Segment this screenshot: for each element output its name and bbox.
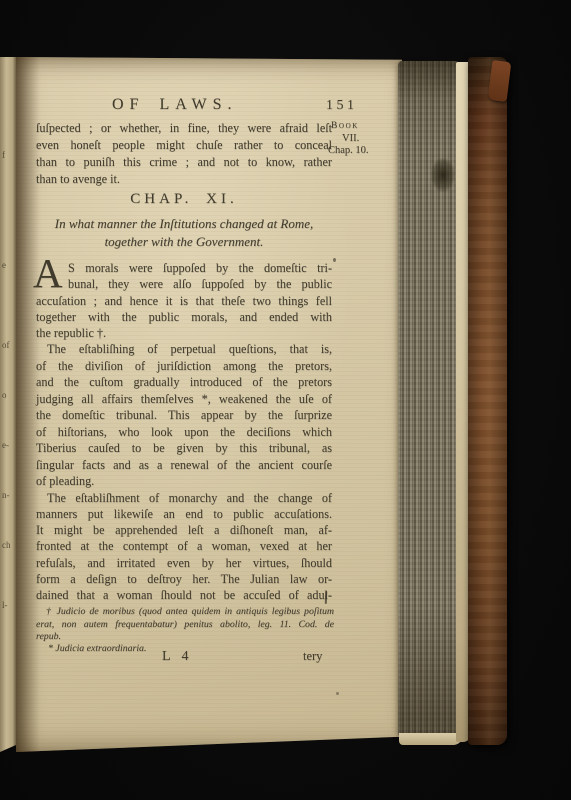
body-line: fronted at the contempt of a woman, vexe… xyxy=(36,539,332,553)
signature-mark: L 4 xyxy=(162,649,193,665)
body-line: The eſtabliſhing of perpetual queſtions,… xyxy=(36,342,332,356)
body-line: It might be apprehended leſt a diſhoneſt… xyxy=(36,523,332,537)
body-line: manners put likewiſe an end to public ac… xyxy=(36,507,332,521)
drop-cap: A xyxy=(33,257,63,289)
chapter-heading: CHAP. XI. xyxy=(36,191,332,208)
margin-note-book: Book xyxy=(331,121,359,131)
body-line: of the diviſion of juriſdiction among th… xyxy=(36,359,332,373)
edge-text-fragment: f xyxy=(2,150,5,160)
running-title: OF LAWS. xyxy=(112,96,238,114)
margin-note-chapter: Chap. 10. xyxy=(328,145,369,156)
body-line: refuſals, and irritated even by her virt… xyxy=(36,556,332,570)
body-line: S morals were ſuppoſed by the domeſtic t… xyxy=(68,261,332,275)
body-line: dained that a woman ſhould not be accuſe… xyxy=(36,588,332,602)
bottom-page-edges xyxy=(399,733,463,745)
leather-corner xyxy=(488,60,512,102)
body-line: ſuſpected ; or whether, in fine, they we… xyxy=(36,121,332,135)
facing-page-edge: f e of o e- n- ch l- xyxy=(0,57,16,752)
book-photograph: f e of o e- n- ch l- OF LAWS. 151 Book V… xyxy=(0,0,571,800)
body-line: bunal, they were alſo ſuppoſed by the pu… xyxy=(68,277,332,291)
body-line: the republic †. xyxy=(36,326,332,340)
edge-text-fragment: o xyxy=(2,390,7,400)
margin-note-volume: VII. xyxy=(342,133,359,144)
body-line: ſingular facts and as a renewal of the a… xyxy=(36,458,332,472)
body-line: judging all affairs themſelves *, weaken… xyxy=(36,392,332,406)
edge-text-fragment: l- xyxy=(2,600,8,610)
body-line: form a deſign to deſtroy her. The Julian… xyxy=(36,572,332,586)
edge-text-fragment: of xyxy=(2,340,10,350)
page-number: 151 xyxy=(326,98,358,114)
chapter-subtitle: In what manner the Inſtitutions changed … xyxy=(36,217,332,231)
edge-text-fragment: n- xyxy=(2,490,10,500)
body-line: accuſation ; and hence it is that theſe … xyxy=(36,294,332,308)
body-line: the domeſtic tribunal. This appear by th… xyxy=(36,408,332,422)
body-line: even honeſt people might chuſe rather to… xyxy=(36,138,332,152)
body-line: than to puniſh this crime ; and not to k… xyxy=(36,155,332,169)
body-line: and the cuſtom gradually introduced of t… xyxy=(36,375,332,389)
body-line: of hiſtorians, who look upon the deciſio… xyxy=(36,425,332,439)
page-speck xyxy=(336,692,339,695)
body-line: The eſtabliſhment of monarchy and the ch… xyxy=(36,491,332,505)
catchword: tery xyxy=(303,649,322,664)
fore-edge-stain xyxy=(431,158,455,192)
footnote-line: † Judicio de moribus (quod antea quidem … xyxy=(36,606,334,618)
body-line: of pleading. xyxy=(36,474,332,488)
body-line: together with the public morals, and end… xyxy=(36,310,332,324)
chapter-subtitle: together with the Government. xyxy=(36,235,332,249)
ink-speck xyxy=(333,258,336,262)
footnote-line: repub. xyxy=(36,631,334,643)
body-line: Tiberius cauſed to be given by this trib… xyxy=(36,441,332,455)
body-line: than to avenge it. xyxy=(36,172,332,186)
leather-cover xyxy=(468,57,507,745)
edge-text-fragment: e- xyxy=(2,440,9,450)
edge-text-fragment: ch xyxy=(2,540,11,550)
footnote-line: erat, non autem frequentabatur) penitus … xyxy=(36,619,334,631)
edge-text-fragment: e xyxy=(2,260,6,270)
